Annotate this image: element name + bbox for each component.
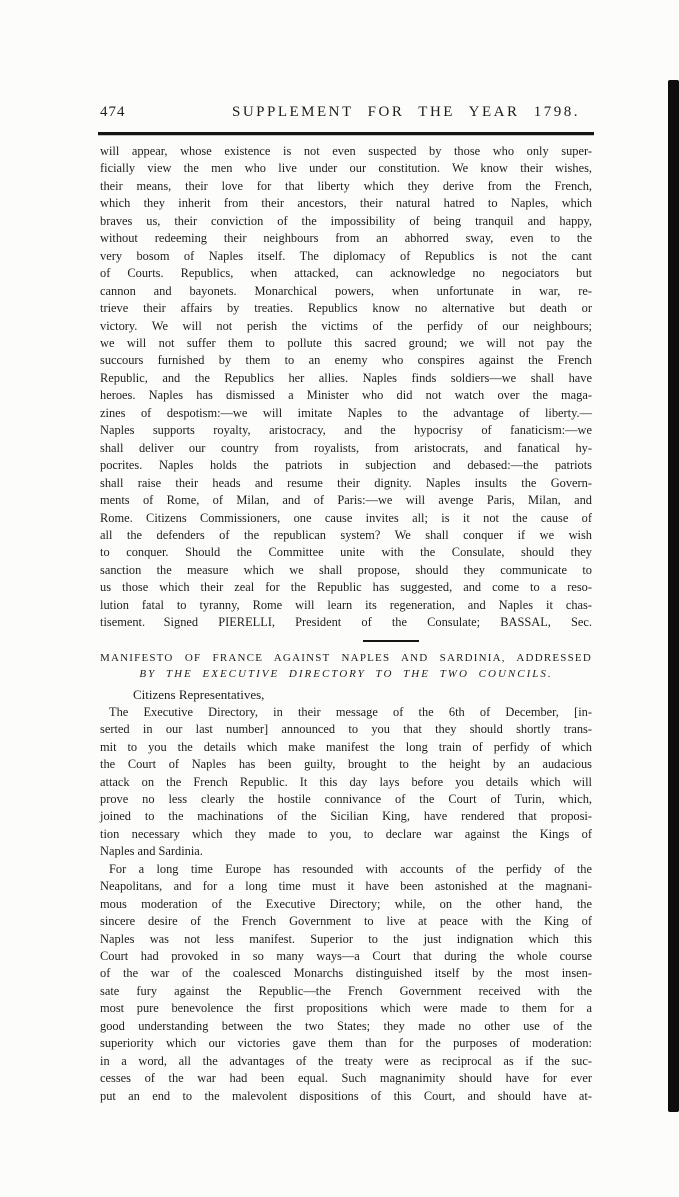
text-line: we will not suffer them to pollute this … bbox=[100, 335, 592, 352]
text-line: victory. We will not perish the victims … bbox=[100, 318, 592, 335]
text-line: sate fury against the Republic—the Frenc… bbox=[100, 983, 592, 1000]
text-line: Rome. Citizens Commissioners, one cause … bbox=[100, 510, 592, 527]
text-line: put an end to the malevolent disposition… bbox=[100, 1088, 592, 1105]
paragraph: For a long time Europe has resounded wit… bbox=[100, 861, 592, 1105]
paragraph: will appear, whose existence is not even… bbox=[100, 143, 592, 632]
text-line: shall raise their heads and resume their… bbox=[100, 475, 592, 492]
text-line: very bosom of Naples itself. The diploma… bbox=[100, 248, 592, 265]
article-continuation: will appear, whose existence is not even… bbox=[100, 143, 592, 632]
text-line: mit to you the details which make manife… bbox=[100, 739, 592, 756]
text-line: their means, their love for that liberty… bbox=[100, 178, 592, 195]
salutation: Citizens Representatives, bbox=[133, 686, 592, 704]
text-line: The Executive Directory, in their messag… bbox=[100, 704, 592, 721]
text-line: without redeeming their neighbours from … bbox=[100, 230, 592, 247]
article-heading-line1: MANIFESTO OF FRANCE AGAINST NAPLES AND S… bbox=[100, 650, 592, 666]
text-line: the Court of Naples has been guilty, bro… bbox=[100, 756, 592, 773]
scanned-document-page: 474 SUPPLEMENT FOR THE YEAR 1798. will a… bbox=[0, 0, 679, 1197]
text-line: lution fatal to tyranny, Rome will learn… bbox=[100, 597, 592, 614]
text-line: Naples and Sardinia. bbox=[100, 843, 592, 860]
text-line: ficially view the men who live under our… bbox=[100, 160, 592, 177]
text-line: of the war of the coalesced Monarchs dis… bbox=[100, 965, 592, 982]
text-line: cannon and bayonets. Monarchical powers,… bbox=[100, 283, 592, 300]
text-line: succours furnished by them to an enemy w… bbox=[100, 352, 592, 369]
text-line: good understanding between the two State… bbox=[100, 1018, 592, 1035]
text-line: of Courts. Republics, when attacked, can… bbox=[100, 265, 592, 282]
text-line: sincere desire of the French Government … bbox=[100, 913, 592, 930]
text-line: ments of Rome, of Milan, and of Paris:—w… bbox=[100, 492, 592, 509]
text-line: Neapolitans, and for a long time must it… bbox=[100, 878, 592, 895]
text-line: For a long time Europe has resounded wit… bbox=[100, 861, 592, 878]
text-line: superiority which our victories gave the… bbox=[100, 1035, 592, 1052]
text-line: shall deliver our country from royalists… bbox=[100, 440, 592, 457]
text-line: braves us, their conviction of the impos… bbox=[100, 213, 592, 230]
paragraph: The Executive Directory, in their messag… bbox=[100, 704, 592, 861]
article-heading-line2: BY THE EXECUTIVE DIRECTORY TO THE TWO CO… bbox=[100, 666, 592, 682]
text-line: joined to the machinations of the Sicili… bbox=[100, 808, 592, 825]
text-line: attack on the French Republic. It this d… bbox=[100, 774, 592, 791]
page-number: 474 bbox=[100, 104, 142, 121]
section-divider-rule bbox=[363, 640, 419, 642]
text-line: heroes. Naples has dismissed a Minister … bbox=[100, 387, 592, 404]
text-line: tisement. Signed PIERELLI, President of … bbox=[100, 614, 592, 631]
text-line: to conquer. Should the Committee unite w… bbox=[100, 544, 592, 561]
text-line: mous moderation of the Executive Directo… bbox=[100, 896, 592, 913]
text-line: Naples supports royalty, aristocracy, an… bbox=[100, 422, 592, 439]
scan-edge-artifact bbox=[668, 80, 679, 1112]
text-line: serted in our last number] announced to … bbox=[100, 721, 592, 738]
text-line: all the defenders of the republican syst… bbox=[100, 527, 592, 544]
text-column: will appear, whose existence is not even… bbox=[100, 143, 592, 1105]
text-line: prove no less clearly the hostile conniv… bbox=[100, 791, 592, 808]
text-line: us those which their zeal for the Republ… bbox=[100, 579, 592, 596]
text-line: sanction the measure which we shall prop… bbox=[100, 562, 592, 579]
manifesto-article: MANIFESTO OF FRANCE AGAINST NAPLES AND S… bbox=[100, 650, 592, 1105]
text-line: tion necessary which they made to you, t… bbox=[100, 826, 592, 843]
text-line: cesses of the war had been equal. Such m… bbox=[100, 1070, 592, 1087]
text-line: which they inherit from their ancestors,… bbox=[100, 195, 592, 212]
text-line: Naples was not less manifest. Superior t… bbox=[100, 931, 592, 948]
article-heading: MANIFESTO OF FRANCE AGAINST NAPLES AND S… bbox=[100, 650, 592, 682]
text-line: zines of despotism:—we will imitate Napl… bbox=[100, 405, 592, 422]
running-title: SUPPLEMENT FOR THE YEAR 1798. bbox=[142, 104, 592, 121]
text-line: trieve their affairs by treaties. Republ… bbox=[100, 300, 592, 317]
text-line: Court had provoked in so many ways—a Cou… bbox=[100, 948, 592, 965]
page-header: 474 SUPPLEMENT FOR THE YEAR 1798. bbox=[100, 104, 592, 121]
text-line: in a word, all the advantages of the tre… bbox=[100, 1053, 592, 1070]
text-line: will appear, whose existence is not even… bbox=[100, 143, 592, 160]
text-line: most pure benevolence the first proposit… bbox=[100, 1000, 592, 1017]
header-rule bbox=[98, 132, 594, 135]
text-line: Republic, and the Republics her allies. … bbox=[100, 370, 592, 387]
text-line: pocrites. Naples holds the patriots in s… bbox=[100, 457, 592, 474]
